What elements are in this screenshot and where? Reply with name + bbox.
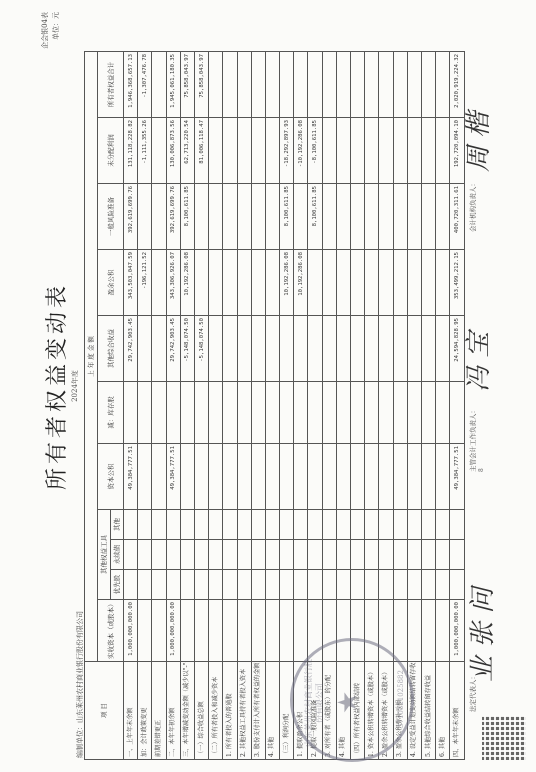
row-value-cell [194,250,208,316]
row-value-cell [152,250,166,316]
row-value-cell [308,316,322,382]
row-value-cell [322,382,336,444]
row-value-cell [393,444,407,510]
row-value-cell: -196,121.52 [138,250,152,316]
row-value-cell [436,570,450,600]
row-value-cell [322,570,336,600]
row-value-cell [322,118,336,184]
row-value-cell [322,184,336,250]
row-value-cell [379,510,393,540]
row-value-cell [421,600,435,662]
row-value-cell: -1,307,476.78 [138,51,152,117]
table-row: （一）综合收益总额-5,148,074.5081,006,118.4775,85… [194,51,208,759]
row-value-cell [421,118,435,184]
row-value-cell [365,540,379,570]
row-value-cell: 8,100,611.85 [180,184,194,250]
row-value-cell [393,118,407,184]
row-value-cell [280,510,294,540]
row-item-label: 1. 所有者投入的普通股 [223,662,237,760]
row-value-cell [365,51,379,117]
row-value-cell [407,250,421,316]
row-value-cell [407,510,421,540]
row-item-label: 前期差错更正 [152,662,166,760]
row-value-cell [223,444,237,510]
row-value-cell [351,540,365,570]
accounting-head-label: 会计机构负责人： [468,180,477,232]
row-value-cell [223,250,237,316]
row-value-cell: 49,384,777.51 [166,444,180,510]
row-value-cell: 10,192,286.08 [280,250,294,316]
table-row: 三、本年增减变动金额（减少以"-"号填列）-5,148,074.5010,192… [180,51,194,759]
row-value-cell [265,444,279,510]
row-value-cell: 131,118,228.82 [124,118,138,184]
header-perpetual-bonds: 永续债 [111,540,124,570]
table-row: 4. 设定受益计划变动额结转留存收益 [407,51,421,759]
row-value-cell [322,250,336,316]
row-value-cell [194,510,208,540]
row-value-cell [194,184,208,250]
row-value-cell [379,540,393,570]
row-value-cell [421,184,435,250]
row-value-cell [436,316,450,382]
table-row: 1. 提取盈余公积10,192,286.08-10,192,286.08 [294,51,308,759]
unit-label: 单位：元 [51,12,62,49]
row-value-cell: 75,858,043.97 [180,51,194,117]
header-general-risk-reserve: 一般风险准备 [98,184,124,250]
row-value-cell [351,51,365,117]
row-value-cell [308,51,322,117]
row-value-cell [365,570,379,600]
row-value-cell [407,540,421,570]
row-value-cell [138,540,152,570]
row-value-cell [393,51,407,117]
row-value-cell [393,540,407,570]
row-value-cell: -8,100,611.85 [308,118,322,184]
row-value-cell [223,382,237,444]
row-value-cell [393,316,407,382]
row-value-cell [379,250,393,316]
row-value-cell [322,510,336,540]
row-value-cell [407,600,421,662]
table-row: 二、本年年初余额1,000,000,000.0049,384,777.5129,… [166,51,180,759]
row-value-cell [379,118,393,184]
row-value-cell [450,540,464,570]
row-value-cell [152,570,166,600]
row-item-label: 一、上年年末余额 [124,662,138,760]
row-value-cell [436,118,450,184]
row-value-cell [421,316,435,382]
row-value-cell [365,382,379,444]
row-value-cell [365,250,379,316]
row-value-cell [393,250,407,316]
row-value-cell [166,570,180,600]
row-value-cell [152,118,166,184]
row-value-cell [124,510,138,540]
table-row: 5. 其他综合收益结转留存收益 [421,51,435,759]
row-value-cell [209,184,223,250]
row-value-cell [421,250,435,316]
row-value-cell [421,570,435,600]
row-value-cell [166,540,180,570]
row-value-cell [280,540,294,570]
row-value-cell [223,510,237,540]
row-value-cell [138,444,152,510]
header-other-equity-instruments: 其他权益工具 [98,510,111,600]
form-info: 企会银04表 单位：元 [40,12,62,49]
row-value-cell [209,570,223,600]
row-value-cell [280,51,294,117]
row-value-cell: 353,499,212.15 [450,250,464,316]
header-capital-reserve: 资本公积 [98,444,124,510]
company-seal: 山东莱州农村商业银行股份有限公司 ★ 3710821025882 [290,638,414,762]
seal-text: 山东莱州农村商业银行股份有限公司 [303,657,325,749]
equity-changes-table: 项 目 上 年 度 金 额 实收资本（或股本） 其他权益工具 资本公积 减：库存… [84,51,465,760]
row-value-cell [294,184,308,250]
row-value-cell [308,570,322,600]
row-value-cell [265,540,279,570]
rotated-statement-sheet: 所有者权益变动表 2024年度 企会银04表 单位：元 编制单位：山东莱州农村商… [0,0,536,772]
row-item-label: 二、本年年初余额 [166,662,180,760]
row-value-cell [194,382,208,444]
chief-accountant-label: 主管会计工作负责人： [468,407,477,472]
row-item-label: 3. 股份支付计入所有者权益的金额 [251,662,265,760]
row-value-cell: 29,742,903.45 [166,316,180,382]
row-value-cell [379,316,393,382]
row-value-cell [180,382,194,444]
row-value-cell [194,540,208,570]
row-value-cell [322,51,336,117]
row-value-cell [294,510,308,540]
page-number: 8 [478,468,485,472]
row-value-cell [223,540,237,570]
table-row: 1. 所有者投入的普通股 [223,51,237,759]
table-row: 4. 其他 [265,51,279,759]
row-value-cell [294,444,308,510]
row-value-cell [294,382,308,444]
row-value-cell [365,118,379,184]
legal-rep-signature: 业 张 问 [462,587,499,682]
row-value-cell: 10,192,286.08 [294,250,308,316]
row-item-label: 5. 其他综合收益结转留存收益 [421,662,435,760]
row-value-cell [379,382,393,444]
row-value-cell [336,444,350,510]
row-value-cell [265,510,279,540]
row-value-cell [421,540,435,570]
row-value-cell [436,510,450,540]
row-value-cell [351,510,365,540]
row-value-cell [223,184,237,250]
header-item: 项 目 [85,662,124,760]
row-value-cell [421,382,435,444]
row-value-cell [194,570,208,600]
row-value-cell [379,51,393,117]
row-value-cell [436,444,450,510]
row-value-cell [209,316,223,382]
document-title: 所有者权益变动表 [40,0,71,772]
row-value-cell [166,382,180,444]
row-value-cell [421,51,435,117]
row-value-cell [209,540,223,570]
row-value-cell: -5,148,074.50 [180,316,194,382]
row-value-cell [308,382,322,444]
header-paid-in-capital: 实收资本（或股本） [98,600,124,662]
row-value-cell [407,382,421,444]
row-value-cell [450,510,464,540]
row-value-cell [209,510,223,540]
row-value-cell [251,510,265,540]
chief-accountant-signature: 冯 宝 [458,332,495,392]
row-value-cell [237,540,251,570]
row-value-cell [237,570,251,600]
row-value-cell: 343,503,047.59 [124,250,138,316]
header-oci: 其他综合收益 [98,316,124,382]
table-row: （三）利润分配10,192,286.088,100,611.85-18,292,… [280,51,294,759]
header-preferred-shares: 优先股 [111,570,124,600]
row-value-cell [280,600,294,662]
row-value-cell: 49,384,777.51 [124,444,138,510]
row-value-cell [237,510,251,540]
row-value-cell [138,184,152,250]
row-value-cell [365,184,379,250]
row-item-label: 6. 其他 [436,662,450,760]
row-value-cell [407,570,421,600]
row-value-cell [421,444,435,510]
row-value-cell [351,570,365,600]
row-value-cell [336,570,350,600]
row-value-cell [138,600,152,662]
row-value-cell [407,51,421,117]
table-body: 一、上年年末余额1,000,000,000.0049,384,777.5129,… [124,51,465,759]
row-value-cell [294,600,308,662]
row-value-cell: 400,720,311.61 [450,184,464,250]
row-value-cell [379,184,393,250]
row-value-cell [393,570,407,600]
row-value-cell [237,600,251,662]
row-value-cell [294,51,308,117]
row-value-cell: 49,384,777.51 [450,444,464,510]
row-value-cell [251,570,265,600]
row-value-cell: 62,713,220.54 [180,118,194,184]
row-value-cell: 1,945,061,180.35 [166,51,180,117]
row-value-cell [223,600,237,662]
row-value-cell [308,540,322,570]
row-value-cell [180,600,194,662]
row-value-cell [280,570,294,600]
row-value-cell [322,540,336,570]
row-value-cell [280,382,294,444]
row-value-cell [138,510,152,540]
row-value-cell [209,250,223,316]
row-value-cell [351,118,365,184]
row-value-cell [265,600,279,662]
table-row: （二）所有者投入和减少资本 [209,51,223,759]
row-value-cell: -5,148,074.50 [194,316,208,382]
row-value-cell: 75,858,043.97 [194,51,208,117]
row-value-cell [237,444,251,510]
row-value-cell [237,51,251,117]
row-value-cell [209,444,223,510]
row-value-cell [336,184,350,250]
row-value-cell [265,184,279,250]
row-value-cell: 29,742,903.45 [124,316,138,382]
table-row: 加：会计政策变更-196,121.52-1,111,355.26-1,307,4… [138,51,152,759]
row-value-cell [336,510,350,540]
accounting-head-signature: 周 楷 [458,112,495,172]
row-value-cell [351,444,365,510]
row-value-cell [436,250,450,316]
row-item-label: 加：会计政策变更 [138,662,152,760]
row-value-cell [209,118,223,184]
row-value-cell [265,250,279,316]
row-value-cell [351,250,365,316]
seal-star-icon: ★ [333,691,363,714]
row-item-label: 三、本年增减变动金额（减少以"-"号填列） [180,662,194,760]
row-value-cell [379,570,393,600]
section-header: 上 年 度 金 额 [85,51,98,661]
row-value-cell [351,184,365,250]
row-value-cell [251,382,265,444]
row-value-cell: 1,000,000,000.00 [124,600,138,662]
header-retained-earnings: 未分配利润 [98,118,124,184]
table-row: 前期差错更正 [152,51,166,759]
row-value-cell [265,570,279,600]
row-value-cell [251,118,265,184]
row-value-cell: -1,111,355.26 [138,118,152,184]
row-value-cell [251,316,265,382]
row-value-cell: 8,100,611.85 [280,184,294,250]
header-treasury-stock: 减：库存股 [98,382,124,444]
row-value-cell: 1,000,000,000.00 [166,600,180,662]
row-value-cell: 1,946,368,657.13 [124,51,138,117]
row-value-cell [436,600,450,662]
row-value-cell [393,184,407,250]
row-value-cell [251,250,265,316]
row-value-cell [180,570,194,600]
row-item-label: 4. 其他 [265,662,279,760]
row-value-cell [421,510,435,540]
row-value-cell [209,600,223,662]
qr-code [482,716,526,760]
row-value-cell [436,184,450,250]
row-value-cell [180,510,194,540]
row-value-cell [322,444,336,510]
seal-code: 3710821025882 [397,659,405,739]
row-value-cell [407,316,421,382]
row-value-cell [194,444,208,510]
row-value-cell [138,570,152,600]
row-value-cell [124,540,138,570]
row-value-cell [265,51,279,117]
row-value-cell [194,600,208,662]
row-value-cell [336,118,350,184]
row-value-cell [138,382,152,444]
row-value-cell [124,570,138,600]
row-value-cell [223,118,237,184]
row-value-cell [308,250,322,316]
row-item-label: 2. 其他权益工具持有者投入资本 [237,662,251,760]
row-value-cell [365,510,379,540]
row-value-cell [436,382,450,444]
row-value-cell [237,118,251,184]
row-value-cell [294,316,308,382]
row-value-cell [152,600,166,662]
header-total-equity: 所有者权益合计 [98,51,124,117]
table-row: 3. 盈余公积弥补亏损 [393,51,407,759]
row-value-cell [336,382,350,444]
row-value-cell [265,118,279,184]
row-value-cell [280,444,294,510]
table-row: 6. 其他 [436,51,450,759]
row-value-cell: -10,192,286.08 [294,118,308,184]
row-value-cell [152,184,166,250]
row-value-cell: 10,192,286.08 [180,250,194,316]
row-item-label: （二）所有者投入和减少资本 [209,662,223,760]
row-value-cell: 392,619,699.76 [124,184,138,250]
row-value-cell: 8,100,611.85 [308,184,322,250]
table-row: 一、上年年末余额1,000,000,000.0049,384,777.5129,… [124,51,138,759]
row-value-cell [124,382,138,444]
row-value-cell: -18,292,897.93 [280,118,294,184]
row-value-cell [166,510,180,540]
row-value-cell [180,540,194,570]
row-value-cell: 343,306,926.07 [166,250,180,316]
row-value-cell [180,444,194,510]
row-value-cell [152,382,166,444]
row-value-cell [237,250,251,316]
row-value-cell [223,51,237,117]
row-value-cell [237,316,251,382]
row-value-cell [379,444,393,510]
row-value-cell [280,316,294,382]
row-value-cell [351,316,365,382]
row-value-cell [223,316,237,382]
row-value-cell [251,51,265,117]
table-row: 2. 其他权益工具持有者投入资本 [237,51,251,759]
row-value-cell [152,316,166,382]
row-value-cell: 130,006,873.56 [166,118,180,184]
form-number: 企会银04表 [40,12,51,49]
row-value-cell [336,51,350,117]
row-value-cell [407,444,421,510]
row-value-cell [265,316,279,382]
row-value-cell [294,570,308,600]
row-value-cell [237,184,251,250]
row-value-cell [336,540,350,570]
table-row: 3. 股份支付计入所有者权益的金额 [251,51,265,759]
row-value-cell [393,382,407,444]
row-value-cell [336,250,350,316]
row-value-cell: 392,619,699.76 [166,184,180,250]
row-value-cell [251,184,265,250]
row-value-cell [152,540,166,570]
row-value-cell [251,600,265,662]
row-value-cell [209,51,223,117]
row-value-cell [223,570,237,600]
row-value-cell [237,382,251,444]
row-value-cell [336,316,350,382]
row-value-cell [152,510,166,540]
row-value-cell [152,444,166,510]
row-value-cell [251,444,265,510]
row-value-cell [351,382,365,444]
row-value-cell [152,51,166,117]
row-value-cell [138,316,152,382]
row-value-cell [393,510,407,540]
row-value-cell [407,184,421,250]
row-item-label: （一）综合收益总额 [194,662,208,760]
row-value-cell [251,540,265,570]
header-surplus-reserve: 盈余公积 [98,250,124,316]
